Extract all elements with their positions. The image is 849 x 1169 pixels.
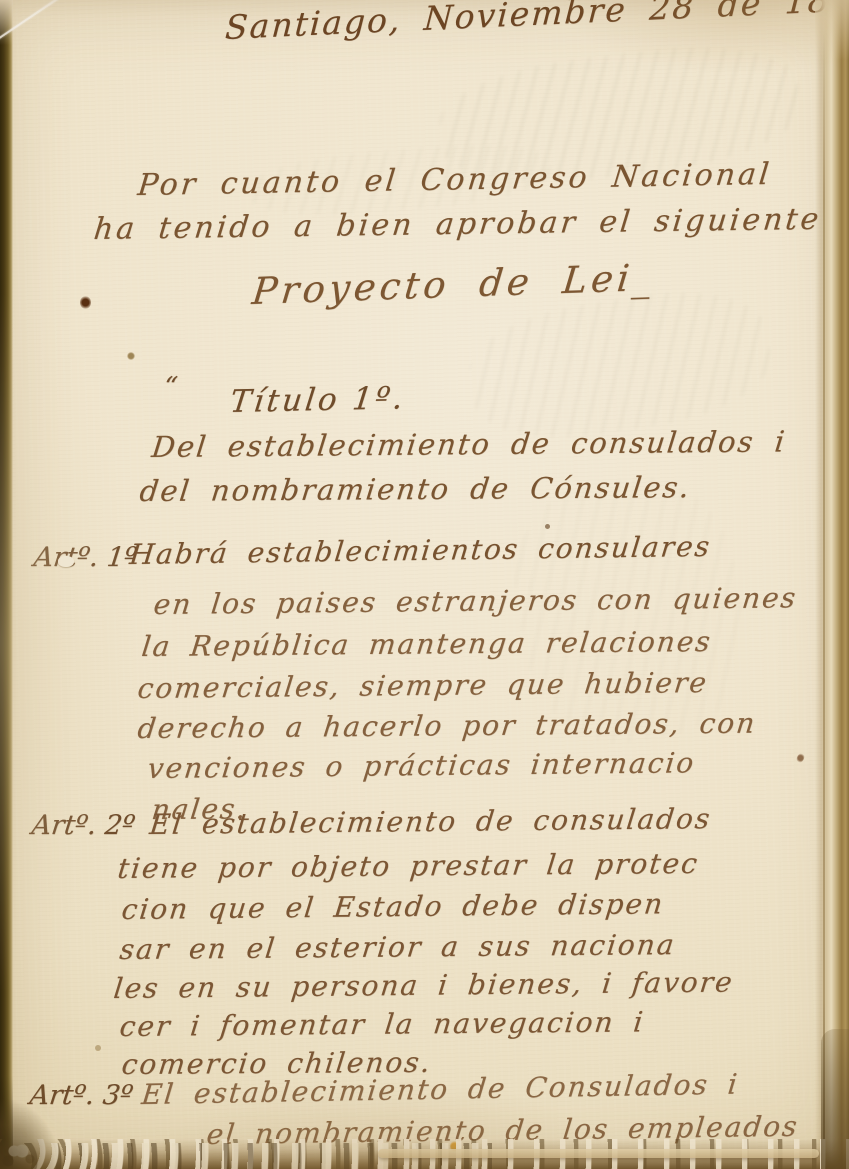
article-1-line: Habrá establecimientos consulares [128, 530, 713, 571]
article-2-line: cion que el Estado debe dispen [120, 887, 666, 926]
ink-speck [545, 524, 550, 529]
ink-speck [95, 1045, 101, 1051]
manuscript-page: Santiago, Noviembre 28 de 1860. Por cuan… [0, 0, 849, 1169]
section-subtitle-line-2: del nombramiento de Cónsules. [138, 470, 693, 508]
curled-page-edge [378, 1149, 819, 1158]
ink-stain [80, 296, 91, 309]
article-1-line: derecho a hacerlo por tratados, con [136, 707, 758, 745]
preamble-line-2: ha tenido a bien aprobar el siguiente [92, 202, 823, 247]
article-2-line: sar en el esterior a sus naciona [118, 928, 677, 966]
ink-speck [795, 752, 806, 764]
article-2-line: El establecimiento de consulados [148, 802, 713, 841]
law-title: Proyecto de Lei_ [250, 256, 658, 313]
article-2-line: les en su persona i bienes, i favore [112, 965, 736, 1005]
page-fold-line [823, 30, 825, 1169]
binding-edge [0, 0, 13, 1169]
article-1-line: en los paises estranjeros con quienes [152, 581, 799, 621]
ink-stain [127, 352, 135, 360]
article-2-line: tiene por objeto prestar la protec [116, 847, 701, 885]
article-1-line: comerciales, siempre que hubiere [136, 666, 710, 705]
corner-stain-bottom-right [821, 1029, 849, 1169]
section-heading: Título 1º. [228, 380, 408, 420]
article-1-line: la República mantenga relaciones [140, 625, 714, 663]
article-1-line: venciones o prácticas internacio [146, 746, 697, 785]
article-2-label: Artº. 2º [30, 810, 137, 841]
corner-stain-bottom-left [0, 1099, 60, 1169]
page-edge-right [815, 0, 849, 1169]
article-1-label: Artº. 1º [32, 542, 139, 573]
preamble-line-1: Por cuanto el Congreso Nacional [136, 157, 773, 203]
section-subtitle-line-1: Del establecimiento de consulados i [150, 424, 788, 464]
quote-mark: “ [162, 372, 179, 402]
dateline: Santiago, Noviembre 28 de 1860. [224, 0, 849, 47]
article-2-line: cer i fomentar la navegacion i [118, 1005, 646, 1043]
